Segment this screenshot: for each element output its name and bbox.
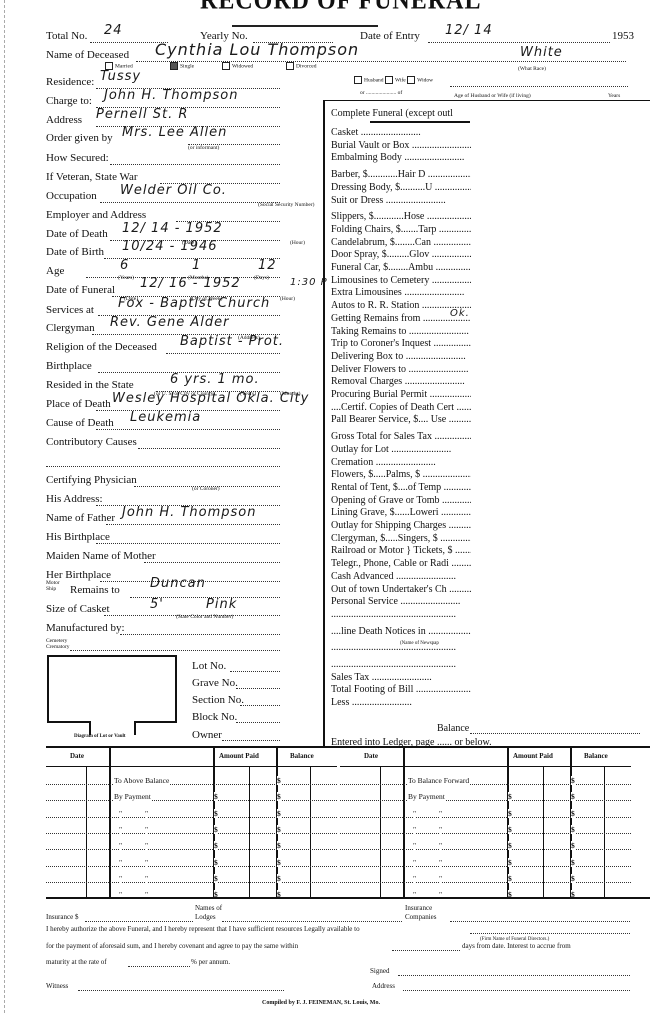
charge-to-label: Charge to: — [46, 95, 92, 107]
right-ledger-row[interactable] — [340, 833, 631, 834]
physician-label: Certifying Physician — [46, 474, 137, 486]
right-ditto-mark: " — [413, 825, 416, 834]
right-balance-currency: $ — [571, 825, 575, 834]
his-birthplace-label: His Birthplace — [46, 531, 110, 543]
address-value[interactable]: Pernell St. R — [96, 107, 188, 122]
right-ledger-row[interactable] — [340, 882, 631, 883]
right-ledger-row[interactable] — [340, 800, 631, 801]
charge-item: Cremation ........................ — [331, 457, 471, 468]
services-value[interactable]: Fox - Baptist Church — [118, 296, 270, 311]
funeral-date-label: Date of Funeral — [46, 284, 115, 296]
charge-item: Telegr., Phone, Cable or Radi ..........… — [331, 558, 471, 569]
diagram-door-left — [89, 721, 91, 735]
charge-item: Out of town Undertaker's Ch ............… — [331, 584, 471, 595]
days-note: (Days) — [254, 275, 269, 281]
left-first-row-label: To Above Balance — [114, 776, 169, 785]
field-line[interactable] — [144, 562, 280, 563]
charge-item: Embalming Body ........................ — [331, 152, 471, 163]
charge-item: Door Spray, $.........Glov .............… — [331, 249, 471, 260]
owner-label: Owner — [192, 729, 222, 741]
charge-item: Taking Remains to ......................… — [331, 326, 471, 337]
title-rule — [232, 25, 378, 27]
total-no-value[interactable]: 24 — [104, 23, 123, 38]
race-note: (What Race) — [518, 66, 546, 72]
spouse-line[interactable] — [450, 86, 628, 87]
right-ditto-mark: " — [413, 858, 416, 867]
widow-label: Widow — [417, 77, 433, 83]
field-line[interactable] — [96, 429, 280, 430]
left-ditto-mark: " — [119, 825, 122, 834]
left-balance-currency: $ — [277, 809, 281, 818]
charge-item: Candelabrum, $........Can ..............… — [331, 237, 471, 248]
right-ledger-row[interactable] — [340, 866, 631, 867]
charge-item: ........................................… — [331, 659, 471, 670]
right-balance-header: Balance — [584, 752, 608, 760]
charge-item: Outlay for Lot ........................ — [331, 444, 471, 455]
right-ditto-mark: " — [439, 874, 442, 883]
field-line[interactable] — [240, 705, 280, 706]
age-years[interactable]: 6 — [120, 258, 129, 273]
witness-line[interactable] — [78, 990, 284, 991]
left-subcol-divider — [249, 766, 250, 897]
date-entry-label: Date of Entry — [360, 30, 420, 42]
right-header-rule — [340, 766, 631, 767]
right-ditto-mark: " — [439, 809, 442, 818]
left-amount-currency: $ — [214, 841, 218, 850]
ledger-bottom-rule — [46, 897, 650, 899]
ssn-note: (Social Security Number) — [258, 202, 315, 208]
left-ditto-mark: " — [119, 841, 122, 850]
right-subcol-divider — [604, 766, 605, 897]
deceased-name[interactable]: Cynthia Lou Thompson — [155, 40, 359, 59]
left-subcol-divider — [310, 766, 311, 897]
charge-item: Burial Vault or Box ....................… — [331, 140, 471, 151]
years-note: (Years) — [118, 275, 134, 281]
charge-item: Less ........................ — [331, 697, 471, 708]
insurance-line[interactable] — [85, 921, 193, 922]
charge-item: Folding Chairs, $.......Tarp ...........… — [331, 224, 471, 235]
field-line[interactable] — [166, 353, 280, 354]
right-balance-currency: $ — [571, 776, 575, 785]
checkbox-husband[interactable] — [354, 76, 362, 84]
cause-label: Cause of Death — [46, 417, 114, 429]
left-header-rule — [46, 766, 337, 767]
charge-to-value[interactable]: John H. Thompson — [104, 88, 238, 103]
diagram-bottom-right — [134, 721, 175, 723]
funeral-hour-note: (Hour) — [280, 296, 295, 302]
page-margin-edge — [4, 0, 6, 1013]
funeral-date-value[interactable]: 12/ 16 - 1952 — [140, 276, 241, 291]
residence-label: Residence: — [46, 76, 94, 88]
right-first-row-label: To Balance Forward — [408, 776, 469, 785]
field-line[interactable] — [70, 650, 280, 651]
funeral-hour-value[interactable]: 1:30 P — [290, 277, 328, 288]
clergyman-label: Clergyman — [46, 322, 95, 334]
charge-item: Procuring Burial Permit ................… — [331, 389, 471, 400]
left-ditto-mark: " — [145, 809, 148, 818]
father-label: Name of Father — [46, 512, 115, 524]
right-ditto-mark: " — [439, 841, 442, 850]
checkbox-widowed-box[interactable] — [222, 62, 230, 70]
left-ditto-mark: " — [119, 809, 122, 818]
companies-label: Insurance Companies — [405, 904, 455, 922]
checkbox-divorced-box[interactable] — [286, 62, 294, 70]
place-death-label: Place of Death — [46, 398, 111, 410]
charges-header-underline — [370, 121, 470, 123]
charge-item: Limousines to Cemetery .................… — [331, 275, 471, 286]
date-death-label: Date of Death — [46, 228, 108, 240]
order-by-note: (or informant) — [188, 145, 219, 151]
charge-item: Funeral Car, $........Ambu .............… — [331, 262, 471, 273]
charge-item: Lining Grave, $......Loweri ............… — [331, 507, 471, 518]
charge-item: Cash Advanced ........................ — [331, 571, 471, 582]
charge-item: Slippers, $............Hose ............… — [331, 211, 471, 222]
left-ledger-row[interactable] — [46, 882, 337, 883]
charge-item: ........................................… — [331, 609, 471, 620]
right-amount-currency: $ — [508, 809, 512, 818]
cause-value[interactable]: Leukemia — [130, 410, 201, 425]
date-death-value[interactable]: 12/ 14 - 1952 — [122, 221, 223, 236]
checkbox-wife[interactable] — [385, 76, 393, 84]
per-annum-text: % per annum. — [191, 958, 230, 966]
left-ledger-row[interactable] — [46, 849, 337, 850]
diagram-bottom-left — [47, 721, 91, 723]
left-balance-currency: $ — [277, 858, 281, 867]
checkbox-single-box[interactable] — [170, 62, 178, 70]
left-amount-header: Amount Paid — [219, 752, 259, 760]
signed-line[interactable] — [398, 975, 630, 976]
field-line[interactable] — [100, 202, 280, 203]
right-subcol-divider — [380, 766, 381, 897]
witness-label: Witness — [46, 982, 68, 990]
right-balance-currency: $ — [571, 792, 575, 801]
ledger-top-rule — [46, 746, 650, 748]
charge-item: Rental of Tent, $....of Temp ...........… — [331, 482, 471, 493]
left-amount-currency: $ — [214, 858, 218, 867]
spouse-checkboxes: Husband Wife Widow — [354, 76, 433, 84]
mother-label: Maiden Name of Mother — [46, 550, 156, 562]
birthplace-label: Birthplace — [46, 360, 92, 372]
charge-item: Sales Tax ........................ — [331, 672, 471, 683]
days-text: days from date. Interest to accrue from — [462, 942, 571, 950]
left-ditto-mark: " — [145, 858, 148, 867]
charge-item: Trip to Coroner's Inquest ..............… — [331, 338, 471, 349]
compiled-by: Compiled by F. J. FEINEMAN, St. Louis, M… — [262, 1000, 380, 1006]
field-line[interactable] — [120, 634, 280, 635]
charge-item: Gross Total for Sales Tax ..............… — [331, 431, 471, 442]
charge-item: ....Certif. Copies of Death Cert .......… — [331, 402, 471, 413]
charge-item: Personal Service .......................… — [331, 596, 471, 607]
right-ditto-mark: " — [413, 874, 416, 883]
order-by-label: Order given by — [46, 132, 113, 144]
right-amount-currency: $ — [508, 858, 512, 867]
age-months[interactable]: 1 — [192, 258, 201, 273]
right-amount-currency: $ — [508, 825, 512, 834]
left-date-header: Date — [70, 752, 84, 760]
right-ledger-row[interactable] — [340, 784, 631, 785]
left-ledger-row[interactable] — [46, 784, 337, 785]
order-by-value[interactable]: Mrs. Lee Allen — [122, 125, 227, 140]
right-ditto-mark: " — [413, 809, 416, 818]
field-line[interactable] — [236, 722, 280, 723]
right-balance-currency: $ — [571, 809, 575, 818]
field-line[interactable] — [236, 688, 280, 689]
charges-top-rule — [323, 100, 650, 101]
name-label: Name of Deceased — [46, 49, 129, 61]
left-amount-currency: $ — [214, 825, 218, 834]
age-days[interactable]: 12 — [258, 258, 277, 273]
left-ledger-row[interactable] — [46, 866, 337, 867]
religion-value[interactable]: Baptist - Prot. — [180, 334, 284, 349]
his-address-label: His Address: — [46, 493, 103, 505]
year-value: 1953 — [612, 30, 634, 42]
charge-item: ....line Death Notices in ..............… — [331, 626, 471, 637]
left-ledger-row[interactable] — [46, 800, 337, 801]
lot-no-label: Lot No. — [192, 660, 226, 672]
charge-item: Delivering Box to ......................… — [331, 351, 471, 362]
left-balance-currency: $ — [277, 841, 281, 850]
cemetery-label: Cemetery Crematory — [46, 638, 86, 650]
right-payment-label: By Payment — [408, 792, 445, 801]
father-value[interactable]: John H. Thompson — [122, 505, 256, 520]
spouse-or: or ...................... of — [360, 90, 402, 96]
left-balance-currency: $ — [277, 825, 281, 834]
charge-item: Barber, $............Hair D ............… — [331, 169, 471, 180]
casket-note: (State Color and Number) — [176, 614, 233, 620]
race-value[interactable]: White — [520, 45, 563, 60]
date-entry-line — [428, 42, 610, 43]
date-entry-value[interactable]: 12/ 14 — [445, 23, 493, 38]
left-ditto-mark: " — [119, 874, 122, 883]
how-secured-label: How Secured: — [46, 152, 109, 164]
diagram-label: Diagram of Lot or Vault — [74, 734, 126, 739]
manufactured-label: Manufactured by: — [46, 622, 125, 634]
left-amount-currency: $ — [214, 809, 218, 818]
casket-size[interactable]: 5' — [150, 597, 164, 612]
maturity-text: maturity at the rate of — [46, 958, 107, 966]
right-ditto-mark: " — [413, 841, 416, 850]
religion-label: Religion of the Deceased — [46, 341, 157, 353]
employer-label: Employer and Address — [46, 209, 146, 221]
insurance-label: Insurance $ — [46, 913, 78, 921]
remains-value[interactable]: Duncan — [150, 576, 206, 591]
resided-label: Resided in the State — [46, 379, 134, 391]
wife-label: Wife — [395, 77, 406, 83]
address-label: Address — [46, 114, 82, 126]
spouse-age-unit: Years — [608, 93, 620, 99]
newspaper-note: (Name of Newspap — [400, 641, 439, 646]
checkbox-widowed-label: Widowed — [232, 63, 253, 69]
checkbox-single-label: Single — [180, 63, 194, 69]
spouse-age-label: Age of Husband or Wife (if living) — [454, 93, 531, 99]
charge-item: Pall Bearer Service, $.... Use .........… — [331, 414, 471, 425]
casket-color[interactable]: Pink — [206, 597, 237, 612]
charge-item: Total Footing of Bill ..................… — [331, 684, 471, 695]
left-ditto-mark: " — [145, 825, 148, 834]
charge-item: Deliver Flowers to .....................… — [331, 364, 471, 375]
right-amount-header: Amount Paid — [513, 752, 553, 760]
charge-item: Flowers, $.....Palms, $ ................… — [331, 469, 471, 480]
right-balance-currency: $ — [571, 841, 575, 850]
charge-item: Clergyman, $.....Singers, $ ............… — [331, 533, 471, 544]
charge-item: Extra Limousines .......................… — [331, 287, 471, 298]
checkbox-widowed[interactable]: Widowed — [222, 62, 253, 70]
charge-item: Opening of Grave or Tomb ...............… — [331, 495, 471, 506]
left-ledger-row[interactable] — [46, 833, 337, 834]
right-amount-currency: $ — [508, 792, 512, 801]
section-no-label: Section No. — [192, 694, 244, 706]
getting-remains-from-value[interactable]: Ok. — [450, 308, 470, 319]
balance-line[interactable] — [470, 733, 640, 734]
remains-label: Remains to — [70, 584, 120, 596]
companies-line[interactable] — [450, 921, 630, 922]
grave-no-label: Grave No. — [192, 677, 238, 689]
left-ditto-mark: " — [145, 874, 148, 883]
right-ditto-mark: " — [439, 825, 442, 834]
charge-item: Dressing Body, $..........U ............… — [331, 182, 471, 193]
firm-line[interactable] — [470, 933, 630, 934]
payment-text: for the payment of aforesaid sum, and I … — [46, 942, 298, 950]
days-line[interactable] — [392, 950, 460, 951]
field-line[interactable] — [230, 671, 280, 672]
right-amount-currency: $ — [508, 874, 512, 883]
footer-address-label: Address — [372, 982, 395, 990]
right-subcol-divider — [543, 766, 544, 897]
right-date-header: Date — [364, 752, 378, 760]
left-balance-currency: $ — [277, 792, 281, 801]
hour-note: (Hour) — [290, 240, 305, 246]
motor-ship-label: Motor Ship — [46, 580, 66, 592]
right-ledger-row[interactable] — [340, 817, 631, 818]
lot-diagram-box — [47, 655, 177, 723]
charge-item: Removal Charges ........................ — [331, 376, 471, 387]
authorize-text: I hereby authorize the above Funeral, an… — [46, 925, 360, 933]
checkbox-divorced[interactable]: Divorced — [286, 62, 316, 70]
right-balance-currency: $ — [571, 858, 575, 867]
field-line[interactable] — [46, 466, 280, 467]
diagram-door-right — [134, 721, 136, 735]
left-col-divider — [109, 746, 111, 897]
left-ditto-mark: " — [119, 858, 122, 867]
right-balance-currency: $ — [571, 874, 575, 883]
physician-note: (or Coroner) — [192, 486, 220, 492]
date-birth-label: Date of Birth — [46, 246, 104, 258]
charges-left-border — [323, 100, 325, 748]
right-ledger-row[interactable] — [340, 849, 631, 850]
signed-label: Signed — [370, 967, 389, 975]
field-line[interactable] — [222, 740, 280, 741]
left-ditto-mark: " — [145, 841, 148, 850]
left-subcol-divider — [86, 766, 87, 897]
spouse-or-text: or — [360, 90, 365, 96]
footer-address-line[interactable] — [403, 990, 630, 991]
field-line[interactable] — [96, 543, 280, 544]
charge-item: Suit or Dress ........................ — [331, 195, 471, 206]
left-balance-currency: $ — [277, 776, 281, 785]
veteran-label: If Veteran, State War — [46, 171, 138, 183]
occupation-value[interactable]: Welder Oil Co. — [120, 183, 227, 198]
name-line — [136, 61, 626, 62]
resided-value[interactable]: 6 yrs. 1 mo. — [170, 372, 260, 387]
left-amount-currency: $ — [214, 874, 218, 883]
husband-label: Husband — [364, 77, 384, 83]
field-line[interactable] — [138, 448, 280, 449]
right-amount-currency: $ — [508, 841, 512, 850]
right-ditto-mark: " — [439, 858, 442, 867]
date-birth-value[interactable]: 10/24 - 1946 — [122, 239, 218, 254]
field-line[interactable] — [110, 164, 280, 165]
rate-line[interactable] — [128, 966, 190, 967]
left-ledger-row[interactable] — [46, 817, 337, 818]
occupation-label: Occupation — [46, 190, 97, 202]
form-title: RECORD OF FUNERAL — [200, 0, 481, 16]
left-balance-currency: $ — [277, 874, 281, 883]
charge-item: Casket ........................ — [331, 127, 471, 138]
spouse-of-text: of — [398, 90, 403, 96]
contributory-label: Contributory Causes — [46, 436, 137, 448]
clergyman-value[interactable]: Rev. Gene Alder — [110, 315, 229, 330]
left-payment-label: By Payment — [114, 792, 151, 801]
right-col-divider — [403, 746, 405, 897]
charge-item: Outlay for Shipping Charges ............… — [331, 520, 471, 531]
field-line[interactable] — [106, 524, 280, 525]
checkbox-single[interactable]: Single — [170, 62, 194, 70]
place-death-value[interactable]: Wesley Hospital Okla. City — [112, 391, 309, 406]
services-label: Services at — [46, 304, 94, 316]
left-amount-currency: $ — [214, 792, 218, 801]
age-label: Age — [46, 265, 64, 277]
block-no-label: Block No. — [192, 711, 237, 723]
left-balance-header: Balance — [290, 752, 314, 760]
total-no-label: Total No. — [46, 30, 87, 42]
residence-value[interactable]: Tussy — [100, 69, 141, 84]
charges-header: Complete Funeral (except outl — [331, 108, 453, 119]
checkbox-divorced-label: Divorced — [296, 63, 316, 69]
lodges-line[interactable] — [222, 921, 402, 922]
checkbox-widow[interactable] — [407, 76, 415, 84]
lodges-label: Names of Lodges — [195, 904, 235, 922]
casket-label: Size of Casket — [46, 603, 110, 615]
balance-label: Balance — [437, 723, 469, 734]
charge-item: Railroad or Motor } Tickets, $ .........… — [331, 545, 471, 556]
